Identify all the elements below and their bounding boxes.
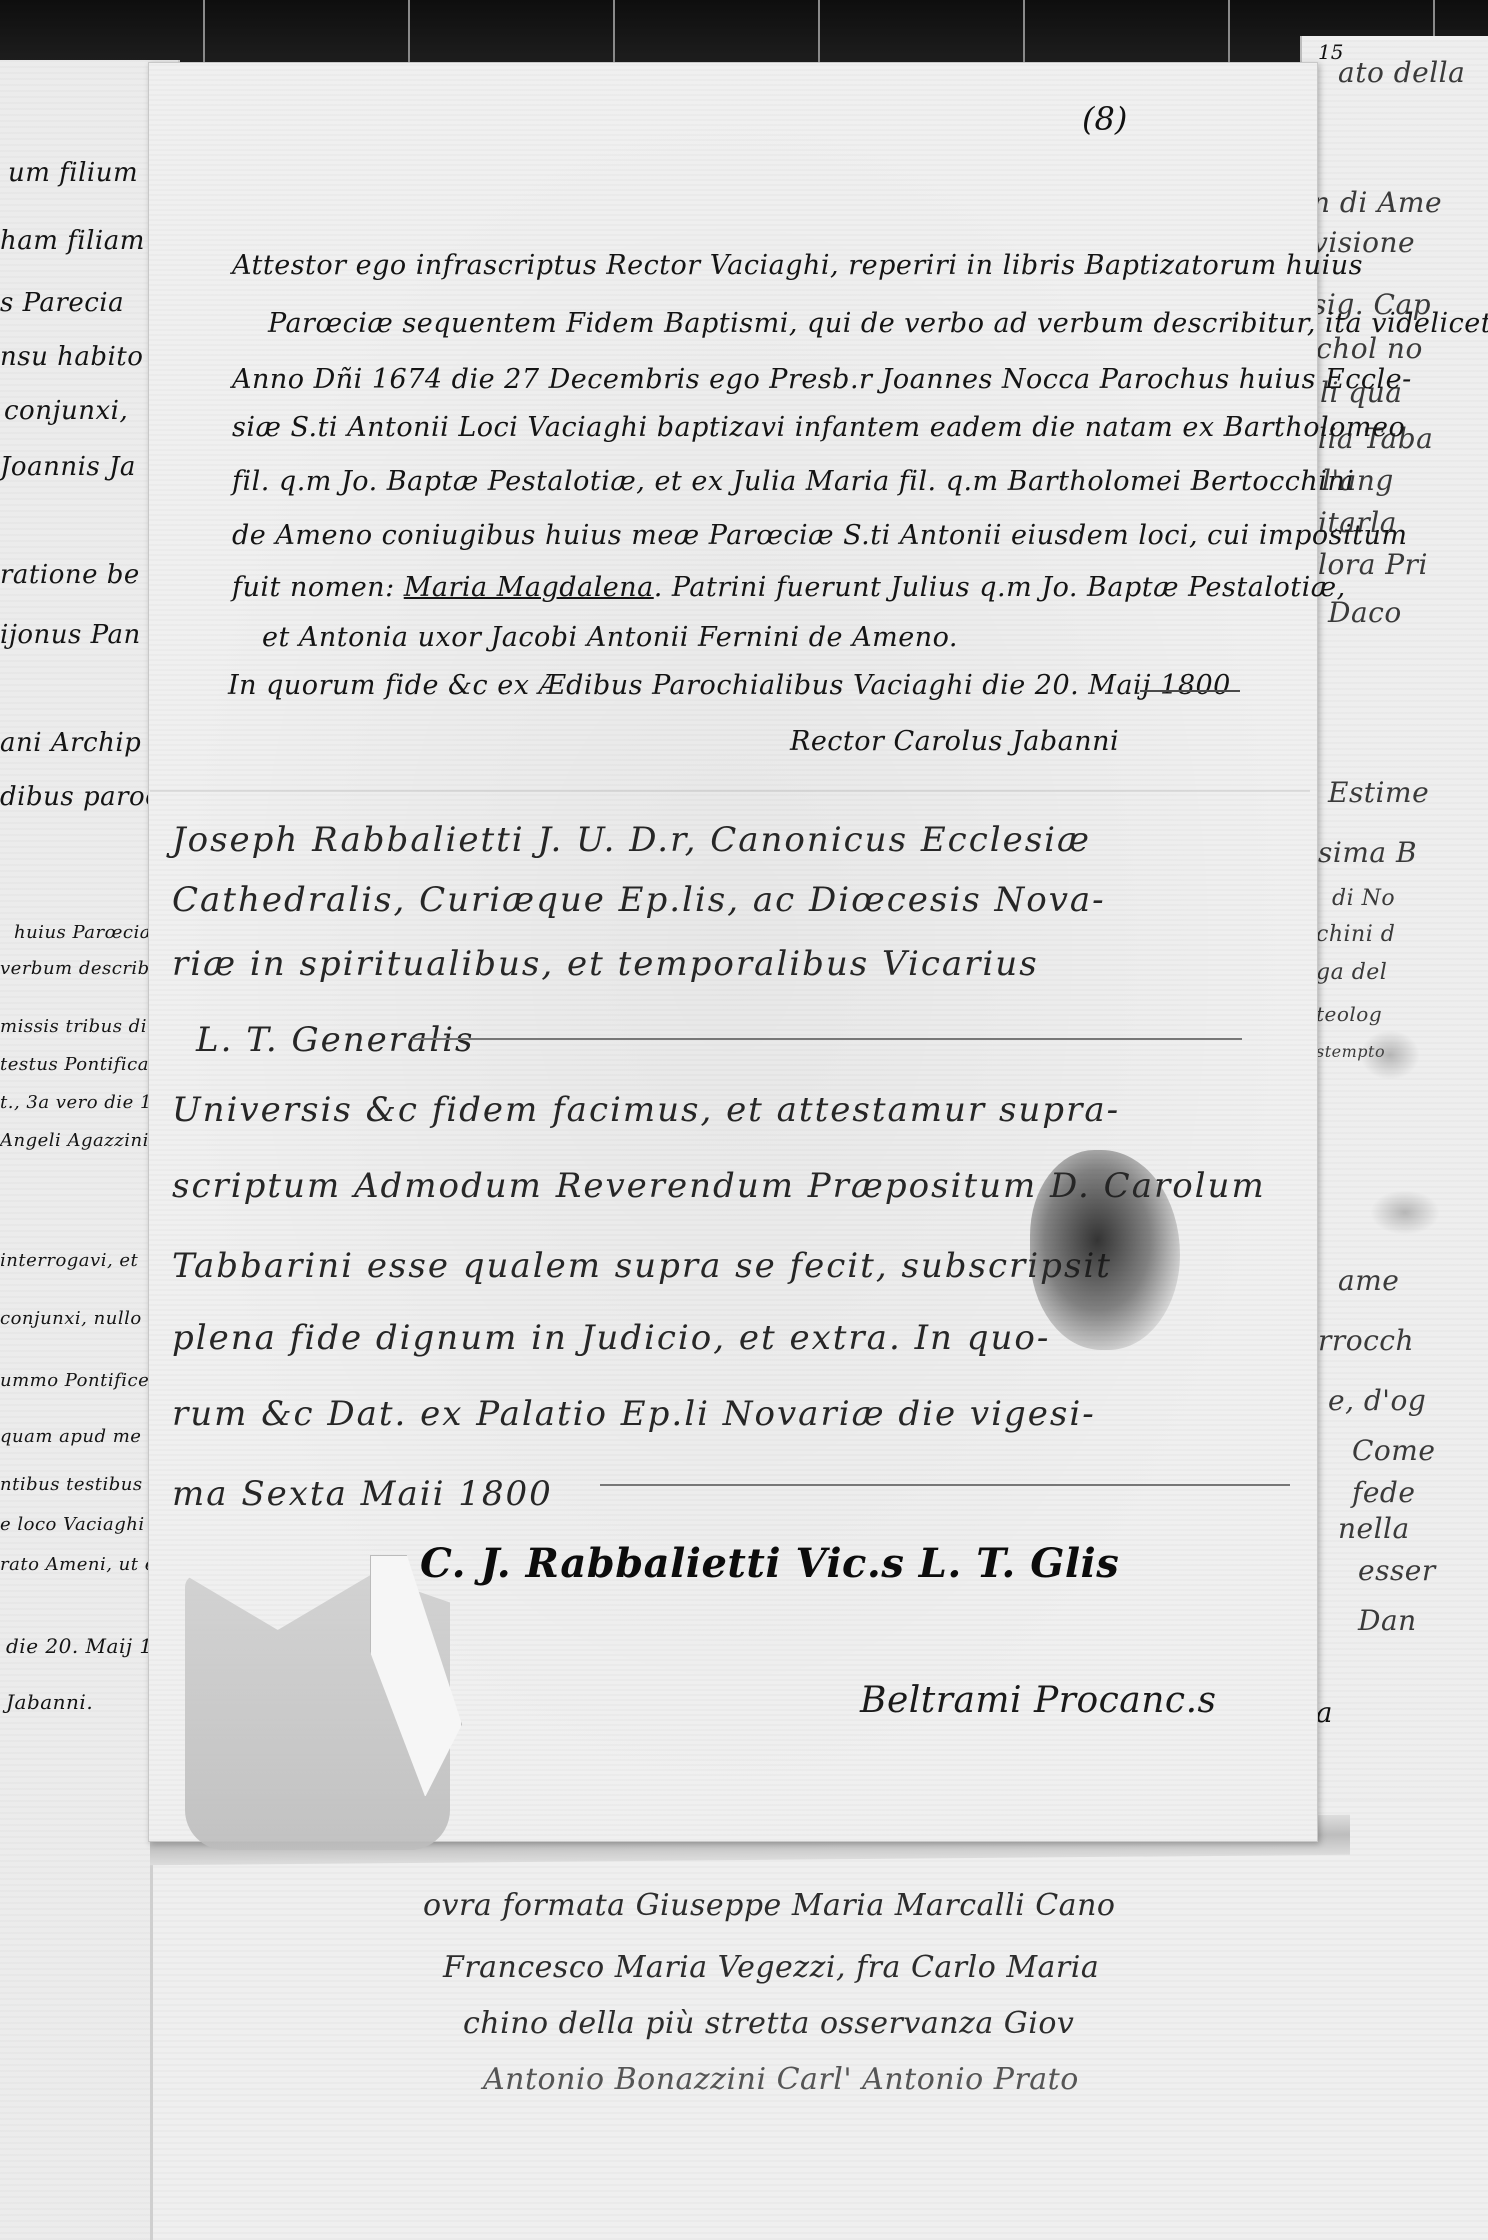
certificate-line-8: et Antonia uxor Jacobi Antonii Fernini d… [262, 622, 958, 653]
left-fragment: ratione be [0, 560, 140, 590]
left-fragment: um filium [8, 158, 138, 188]
name-intro: fuit nomen: [232, 572, 404, 603]
legalization-line-8: plena fide dignum in Judicio, et extra. … [172, 1318, 1050, 1358]
legalization-line-7: Tabbarini esse qualem supra se fecit, su… [172, 1246, 1112, 1286]
left-fragment: interrogavi, et [0, 1250, 138, 1271]
legalization-line-1: Joseph Rabbalietti J. U. D.r, Canonicus … [172, 820, 1091, 860]
left-fragment: ijonus Pan [0, 620, 141, 650]
right-fragment: Dan [1358, 1604, 1417, 1637]
left-fragment: Jabanni. [6, 1690, 93, 1714]
right-fragment: rrocch [1318, 1324, 1414, 1357]
left-fragment: conjunxi, [4, 396, 128, 426]
godparents-clause: . Patrini fuerunt Julius q.m Jo. Baptæ P… [654, 572, 1346, 603]
left-fragment: Joannis Ja [0, 452, 136, 482]
legalization-line-5: Universis &c fidem facimus, et attestamu… [172, 1090, 1120, 1130]
certificate-line-1: Attestor ego infrascriptus Rector Vaciag… [232, 250, 1363, 281]
seal-offset-mark [1370, 1190, 1440, 1235]
left-fragment: ham filiam [0, 226, 145, 256]
date-rule [600, 1484, 1290, 1486]
left-fragment: Angeli Agazzini [0, 1130, 149, 1151]
legalization-line-3: riæ in spiritualibus, et temporalibus Vi… [172, 944, 1039, 984]
left-fragment: missis tribus di [0, 1016, 147, 1037]
right-fragment: ga del [1316, 960, 1387, 985]
certificate-line-7: fuit nomen: Maria Magdalena. Patrini fue… [232, 572, 1346, 603]
right-fragment: Come [1352, 1434, 1435, 1467]
right-fragment: n di Ame [1312, 186, 1442, 219]
certificate-line-2: Parœciæ sequentem Fidem Baptismi, qui de… [268, 308, 1488, 339]
lower-line: Antonio Bonazzini Carl' Antonio Prato [483, 2062, 1079, 2097]
lower-underlying-page: ovra formata Giuseppe Maria Marcalli Can… [150, 1800, 1488, 2240]
certificate-line-3: Anno Dñi 1674 die 27 Decembris ego Presb… [232, 364, 1412, 395]
page-number: (8) [1082, 100, 1127, 138]
seal-offset-mark [1360, 1030, 1420, 1080]
left-fragment: verbum describ. [0, 958, 156, 979]
left-fragment: rato Ameni, ut e [0, 1554, 156, 1575]
left-fragment: ummo Pontifice d [0, 1370, 168, 1391]
left-fragment: s Parecia [0, 288, 124, 318]
right-fragment: teolog [1316, 1002, 1382, 1026]
left-fragment: huius Parœciæ [14, 922, 157, 943]
left-fragment: ntibus testibus B [0, 1474, 163, 1495]
certificate-line-5: fil. q.m Jo. Baptæ Pestalotiæ, et ex Jul… [232, 466, 1354, 497]
left-fragment: die 20. Maij 18 [6, 1634, 166, 1658]
chancellor-signature: Beltrami Procanc.s [860, 1680, 1217, 1721]
right-fragment: Estime [1328, 776, 1429, 809]
legalization-line-10: ma Sexta Maii 1800 [172, 1474, 553, 1514]
fold-crease [150, 790, 1310, 792]
lower-line: ovra formata Giuseppe Maria Marcalli Can… [423, 1888, 1115, 1923]
certificate-line-9: In quorum fide &c ex Ædibus Parochialibu… [228, 670, 1231, 701]
certificate-line-4: siæ S.ti Antonii Loci Vaciaghi baptizavi… [232, 412, 1405, 443]
left-fragment: conjunxi, nullo [0, 1308, 142, 1329]
right-fragment: e, d'og [1328, 1384, 1426, 1417]
certificate-line-6: de Ameno coniugibus huius meæ Parœciæ S.… [232, 520, 1408, 551]
legalization-line-4: L. T. Generalis [196, 1020, 475, 1060]
right-fragment: di No [1332, 886, 1395, 911]
right-fragment: ame [1338, 1264, 1399, 1297]
rector-signature: Rector Carolus Jabanni [790, 726, 1119, 757]
corner-page-number: 15 [1318, 40, 1343, 64]
left-fragment: quam apud me [0, 1426, 141, 1447]
right-fragment: fede [1352, 1476, 1415, 1509]
right-fragment: esser [1358, 1554, 1436, 1587]
title-rule [412, 1038, 1242, 1040]
left-fragment: e loco Vaciaghi n [0, 1514, 163, 1535]
left-fragment: ani Archip [0, 728, 141, 758]
legalization-line-2: Cathedralis, Curiæque Ep.lis, ac Diœcesi… [172, 880, 1106, 920]
right-fragment: sima B [1318, 836, 1417, 869]
right-fragment: chini d [1316, 922, 1395, 947]
vicar-signature: C. J. Rabbalietti Vic.s L. T. Glis [420, 1540, 1119, 1587]
lower-line: chino della più stretta osservanza Giov [463, 2006, 1074, 2041]
left-fragment: nsu habito [0, 342, 143, 372]
right-fragment: nella [1338, 1512, 1410, 1545]
line-flourish [1140, 690, 1240, 692]
left-fragment: t., 3a vero die 1 [0, 1092, 152, 1113]
legalization-line-9: rum &c Dat. ex Palatio Ep.li Novariæ die… [172, 1394, 1096, 1434]
right-fragment: ato della [1338, 56, 1465, 89]
child-name: Maria Magdalena [404, 572, 654, 603]
lower-line: Francesco Maria Vegezzi, fra Carlo Maria [443, 1950, 1099, 1985]
